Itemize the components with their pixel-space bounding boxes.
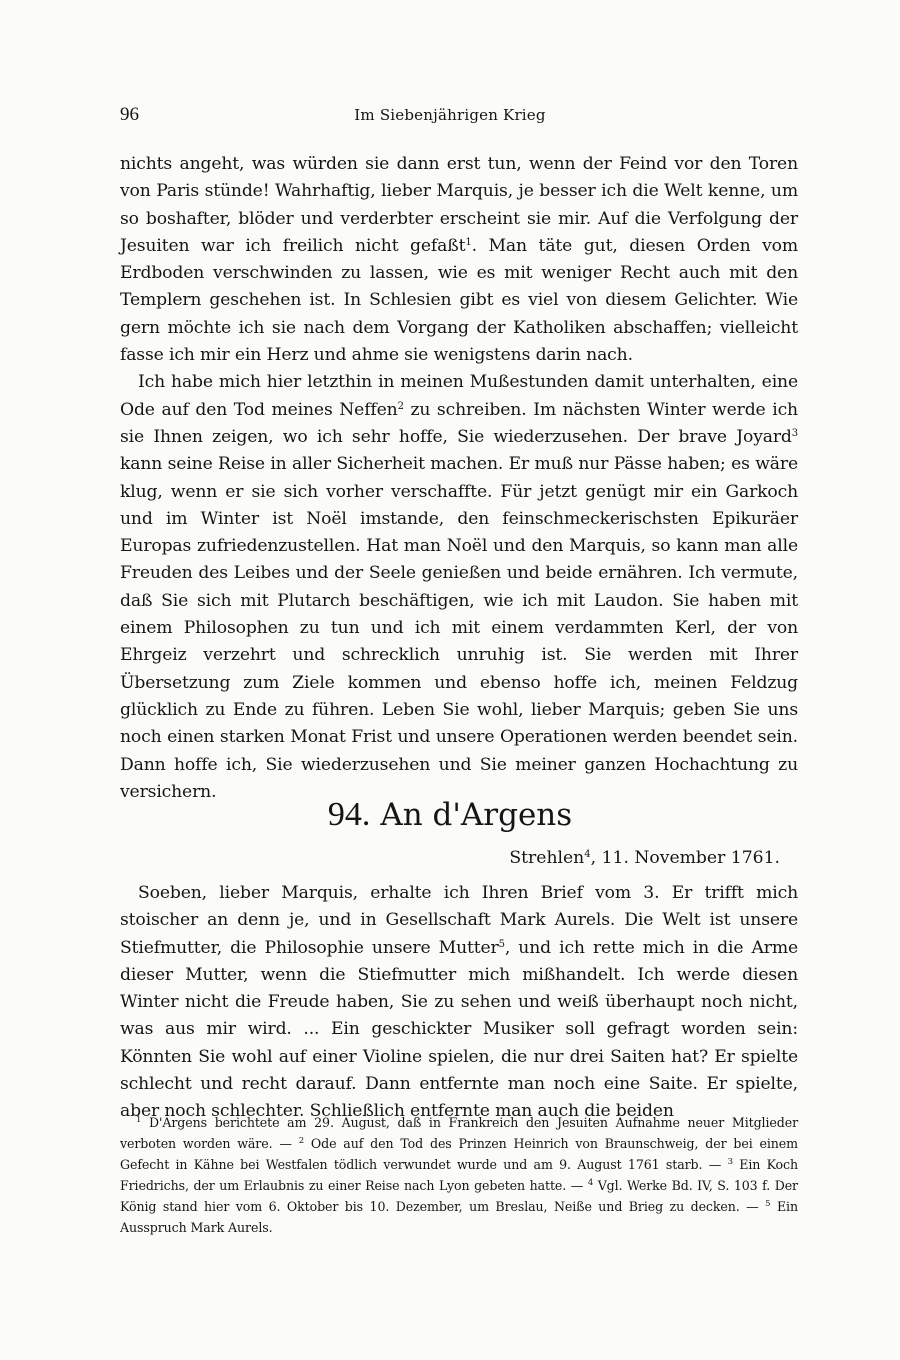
dateline-date: , 11. November 1761. <box>591 848 780 868</box>
letter-dateline: Strehlen4, 11. November 1761. <box>509 848 780 868</box>
paragraph: Ich habe mich hier letzthin in meinen Mu… <box>120 369 798 806</box>
letter-number: 94. <box>328 796 371 833</box>
letter-continued-text: nichts angeht, was würden sie dann erst … <box>120 151 798 806</box>
footnote-block: 1 D'Argens berichtete am 29. August, daß… <box>120 1112 798 1238</box>
footnote-ref[interactable]: 1 <box>465 237 471 248</box>
footnote-ref[interactable]: 4 <box>588 1178 593 1188</box>
footnote-ref[interactable]: 1 <box>136 1115 141 1125</box>
page-header: 96 Im Siebenjährigen Krieg <box>120 104 780 130</box>
letter-title: An d'Argens <box>380 797 572 833</box>
letter-94-text: Soeben, lieber Marquis, erhalte ich Ihre… <box>120 880 798 1126</box>
footnote-ref[interactable]: 5 <box>499 939 505 950</box>
footnote-ref[interactable]: 2 <box>299 1136 304 1146</box>
paragraph: Soeben, lieber Marquis, erhalte ich Ihre… <box>120 880 798 1126</box>
letter-heading: 94.An d'Argens <box>0 796 900 834</box>
paragraph: nichts angeht, was würden sie dann erst … <box>120 151 798 369</box>
footnote-ref[interactable]: 5 <box>765 1199 770 1209</box>
running-head: Im Siebenjährigen Krieg <box>120 106 780 124</box>
dateline-place: Strehlen <box>509 848 584 868</box>
footnote-ref[interactable]: 3 <box>728 1157 733 1167</box>
footnote-ref[interactable]: 3 <box>792 428 798 439</box>
footnotes: 1 D'Argens berichtete am 29. August, daß… <box>120 1112 798 1238</box>
footnote-ref[interactable]: 2 <box>398 401 404 412</box>
